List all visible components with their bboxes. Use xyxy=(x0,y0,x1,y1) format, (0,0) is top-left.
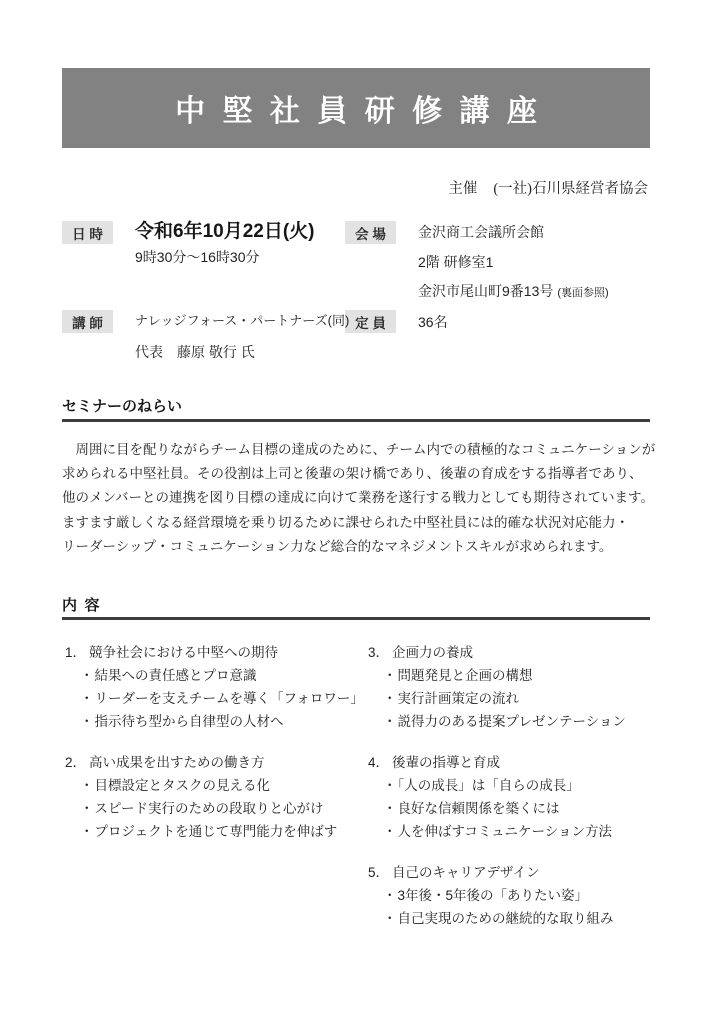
group-title-text: 自己のキャリアデザイン xyxy=(392,865,540,880)
list-item: ・良好な信頼関係を築くには xyxy=(368,797,713,820)
bullet-icon: ・ xyxy=(383,911,397,926)
lecturer-block: ナレッジフォース・パートナーズ(同) 代表 藤原 敬行 氏 xyxy=(135,312,349,362)
group-title: 3．企画力の養成 xyxy=(368,641,713,664)
list-item: ・プロジェクトを通じて専門能力を伸ばす xyxy=(65,820,365,843)
page-title: 中堅社員研修講座 xyxy=(158,86,555,130)
list-item: ・実行計画策定の流れ xyxy=(368,687,713,710)
organizer-name: (一社)石川県経営者協会 xyxy=(493,181,648,197)
list-item-text: 人を伸ばすコミュニケーション方法 xyxy=(398,824,613,839)
group-title-text: 競争社会における中堅への期待 xyxy=(89,645,278,660)
lecturer-representative: 代表 藤原 敬行 氏 xyxy=(135,342,349,362)
list-item-text: 指示待ち型から自律型の人材へ xyxy=(95,714,284,729)
list-item-text: 説得力のある提案プレゼンテーション xyxy=(398,714,626,729)
content-group-5: 5．自己のキャリアデザイン ・3年後・5年後の「ありたい姿」 ・自己実現のための… xyxy=(368,861,713,930)
capacity-label: 定員 xyxy=(345,310,396,333)
bullet-icon: ・ xyxy=(80,824,94,839)
group-number: 4． xyxy=(368,755,389,770)
organizer-label: 主催 xyxy=(448,181,477,197)
list-item-text: 自己実現のための継続的な取り組み xyxy=(398,911,614,926)
bullet-icon: ・ xyxy=(383,888,397,903)
bullet-icon: ・ xyxy=(80,714,94,729)
list-item-text: 問題発見と企画の構想 xyxy=(398,668,533,683)
contents-heading: 内容 xyxy=(62,594,107,615)
organizer-line: 主催(一社)石川県経営者協会 xyxy=(448,177,648,198)
group-title-text: 後輩の指導と育成 xyxy=(392,755,500,770)
bullet-icon: ・ xyxy=(80,778,94,793)
aim-paragraph-line: リーダーシップ・コミュニケーション力など総合的なマネジメントスキルが求められます… xyxy=(62,535,666,559)
group-title-text: 高い成果を出すための働き方 xyxy=(89,755,265,770)
seminar-date: 令和6年10月22日(火) xyxy=(135,216,315,243)
list-item-text: 目標設定とタスクの見える化 xyxy=(95,778,271,793)
capacity-value: 36名 xyxy=(418,312,448,332)
contents-left-column: 1．競争社会における中堅への期待 ・結果への責任感とプロ意識 ・リーダーを支えチ… xyxy=(65,641,365,861)
group-title: 2．高い成果を出すための働き方 xyxy=(65,751,365,774)
aim-heading: セミナーのねらい xyxy=(62,395,182,416)
seminar-time: 9時30分～16時30分 xyxy=(135,247,260,267)
aim-paragraph-line: 他のメンバーとの連携を図り目標の達成に向けて業務を遂行する戦力としても期待されて… xyxy=(62,486,666,510)
bullet-icon: ・ xyxy=(80,668,94,683)
list-item-text: スピード実行のための段取りと心がけ xyxy=(95,801,324,816)
list-item-text: 結果への責任感とプロ意識 xyxy=(95,668,257,683)
list-item: ・説得力のある提案プレゼンテーション xyxy=(368,710,713,733)
list-item: ・自己実現のための継続的な取り組み xyxy=(368,907,713,930)
venue-note: (裏面参照) xyxy=(557,287,608,299)
list-item: ・問題発見と企画の構想 xyxy=(368,664,713,687)
content-group-3: 3．企画力の養成 ・問題発見と企画の構想 ・実行計画策定の流れ ・説得力のある提… xyxy=(368,641,713,733)
list-item-text: プロジェクトを通じて専門能力を伸ばす xyxy=(95,824,338,839)
venue-building: 金沢商工会議所会館 xyxy=(418,218,609,248)
list-item-text: リーダーを支えチームを導く「フォロワー」 xyxy=(95,691,364,706)
aim-paragraph-line: 周囲に目を配りながらチーム目標の達成のために、チーム内での積極的なコミュニケーシ… xyxy=(62,438,666,462)
list-item-text: 良好な信頼関係を築くには xyxy=(398,801,560,816)
list-item: ・リーダーを支えチームを導く「フォロワー」 xyxy=(65,687,365,710)
group-number: 3． xyxy=(368,645,389,660)
venue-room: 2階 研修室1 xyxy=(418,248,609,278)
aim-heading-rule xyxy=(62,419,650,422)
list-item: ・人を伸ばすコミュニケーション方法 xyxy=(368,820,713,843)
title-banner: 中堅社員研修講座 xyxy=(62,68,650,148)
aim-paragraph-line: 求められる中堅社員。その役割は上司と後輩の架け橋であり、後輩の育成をする指導者で… xyxy=(62,462,666,486)
venue-block: 金沢商工会議所会館 2階 研修室1 金沢市尾山町9番13号(裏面参照) xyxy=(418,218,609,309)
group-number: 5． xyxy=(368,865,389,880)
bullet-icon: ・ xyxy=(80,801,94,816)
list-item: ・指示待ち型から自律型の人材へ xyxy=(65,710,365,733)
group-title: 5．自己のキャリアデザイン xyxy=(368,861,713,884)
lecturer-label: 講師 xyxy=(62,310,113,333)
bullet-icon: ・ xyxy=(383,714,397,729)
list-item-text: 実行計画策定の流れ xyxy=(398,691,520,706)
list-item: ・3年後・5年後の「ありたい姿」 xyxy=(368,884,713,907)
group-title: 1．競争社会における中堅への期待 xyxy=(65,641,365,664)
content-group-1: 1．競争社会における中堅への期待 ・結果への責任感とプロ意識 ・リーダーを支えチ… xyxy=(65,641,365,733)
list-item: ・目標設定とタスクの見える化 xyxy=(65,774,365,797)
bullet-icon: ・ xyxy=(80,691,94,706)
aim-paragraph-line: ますます厳しくなる経営環境を乗り切るために課せられた中堅社員には的確な状況対応能… xyxy=(62,511,666,535)
list-item: ・結果への責任感とプロ意識 xyxy=(65,664,365,687)
bullet-icon: ・ xyxy=(383,691,397,706)
aim-paragraph: 周囲に目を配りながらチーム目標の達成のために、チーム内での積極的なコミュニケーシ… xyxy=(62,438,666,559)
bullet-icon: ・ xyxy=(383,801,397,816)
contents-right-column: 3．企画力の養成 ・問題発見と企画の構想 ・実行計画策定の流れ ・説得力のある提… xyxy=(368,641,713,948)
list-item-text: 3年後・5年後の「ありたい姿」 xyxy=(398,888,589,903)
contents-heading-rule xyxy=(62,617,650,620)
bullet-icon: ・ xyxy=(383,668,397,683)
content-group-2: 2．高い成果を出すための働き方 ・目標設定とタスクの見える化 ・スピード実行のた… xyxy=(65,751,365,843)
venue-label: 会場 xyxy=(345,221,396,244)
lecturer-company: ナレッジフォース・パートナーズ(同) xyxy=(135,312,349,330)
group-number: 2． xyxy=(65,755,86,770)
datetime-label: 日時 xyxy=(62,221,113,244)
bullet-icon: ・ xyxy=(383,824,397,839)
group-title-text: 企画力の養成 xyxy=(392,645,473,660)
venue-address-line: 金沢市尾山町9番13号(裏面参照) xyxy=(418,277,609,309)
content-group-4: 4．後輩の指導と育成 ・「人の成長」は「自らの成長」 ・良好な信頼関係を築くには… xyxy=(368,751,713,843)
group-number: 1． xyxy=(65,645,86,660)
bullet-icon: ・ xyxy=(383,778,397,793)
list-item: ・「人の成長」は「自らの成長」 xyxy=(368,774,713,797)
venue-address: 金沢市尾山町9番13号 xyxy=(418,283,553,299)
list-item: ・スピード実行のための段取りと心がけ xyxy=(65,797,365,820)
seminar-flyer-page: 中堅社員研修講座 主催(一社)石川県経営者協会 日時 会場 講師 定員 令和6年… xyxy=(0,0,724,1024)
list-item-text: 「人の成長」は「自らの成長」 xyxy=(398,778,580,793)
group-title: 4．後輩の指導と育成 xyxy=(368,751,713,774)
